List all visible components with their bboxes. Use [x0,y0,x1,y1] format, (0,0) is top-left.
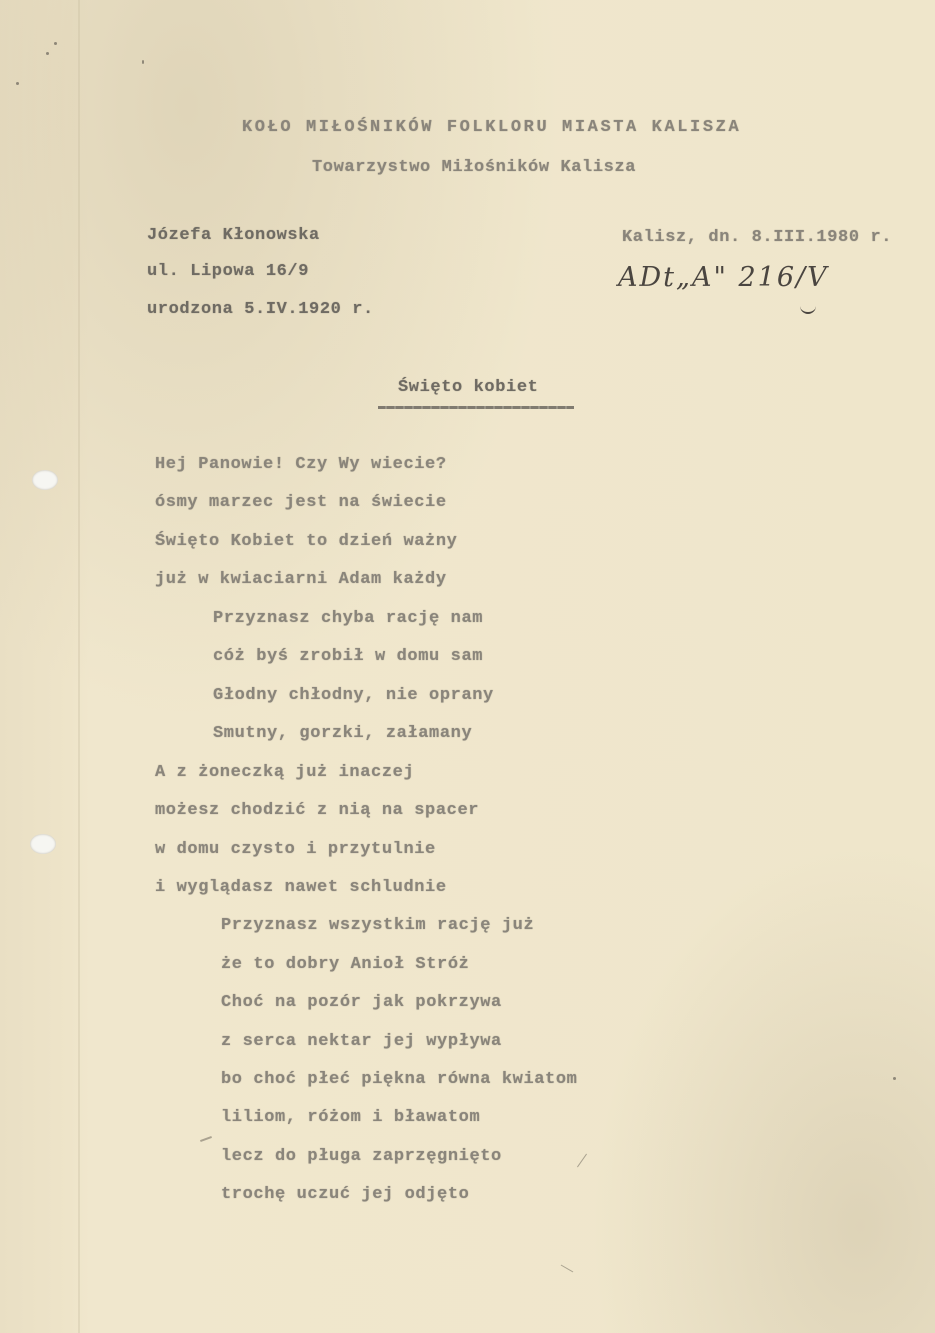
paper-scratch [200,1136,212,1142]
poem-line: że to dobry Anioł Stróż [221,955,469,975]
poem-line: już w kwiaciarni Adam każdy [155,570,447,590]
poem-line: Hej Panowie! Czy Wy wiecie? [155,455,447,475]
poem-line: i wyglądasz nawet schludnie [155,878,447,898]
title-underline [378,406,574,409]
poem-line: z serca nektar jej wypływa [221,1032,502,1052]
paper-fold-line [78,0,80,1333]
poem-line: Przyznasz chyba rację nam [213,609,483,629]
poem-line: Przyznasz wszystkim rację już [221,916,534,936]
paper-speck [16,82,19,85]
poem-line: Choć na pozór jak pokrzywa [221,993,502,1013]
paper-speck [893,1077,896,1080]
society-subheader: Towarzystwo Miłośników Kalisza [312,158,636,178]
organization-header: KOŁO MIŁOŚNIKÓW FOLKLORU MIASTA KALISZA [242,118,741,138]
poem-line: trochę uczuć jej odjęto [221,1185,469,1205]
paper-speck [142,60,144,64]
punch-hole-bottom [30,834,56,854]
poem-line: lecz do pługa zaprzęgnięto [221,1147,502,1167]
paper-speck [54,42,57,45]
paper-scratch [577,1154,587,1168]
author-birthdate: urodzona 5.IV.1920 r. [147,300,374,320]
poem-title: Święto kobiet [398,378,538,398]
poem-line: Smutny, gorzki, załamany [213,724,472,744]
handwritten-underline-mark [800,302,816,314]
poem-line: Głodny chłodny, nie oprany [213,686,494,706]
author-name: Józefa Kłonowska [147,226,320,246]
archive-signature: ADt„A" 216/V [618,262,829,293]
poem-line: w domu czysto i przytulnie [155,840,436,860]
scanned-document-page: KOŁO MIŁOŚNIKÓW FOLKLORU MIASTA KALISZA … [0,0,935,1333]
poem-line: liliom, różom i bławatom [221,1108,480,1128]
poem-line: bo choć płeć piękna równa kwiatom [221,1070,577,1090]
place-date: Kalisz, dn. 8.III.1980 r. [622,228,892,248]
poem-line: cóż byś zrobił w domu sam [213,647,483,667]
paper-scratch [561,1265,574,1273]
paper-speck [46,52,49,55]
poem-line: możesz chodzić z nią na spacer [155,801,479,821]
poem-line: A z żoneczką już inaczej [155,763,414,783]
punch-hole-top [32,470,58,490]
poem-line: ósmy marzec jest na świecie [155,493,447,513]
author-address: ul. Lipowa 16/9 [147,262,309,282]
poem-line: Święto Kobiet to dzień ważny [155,532,457,552]
